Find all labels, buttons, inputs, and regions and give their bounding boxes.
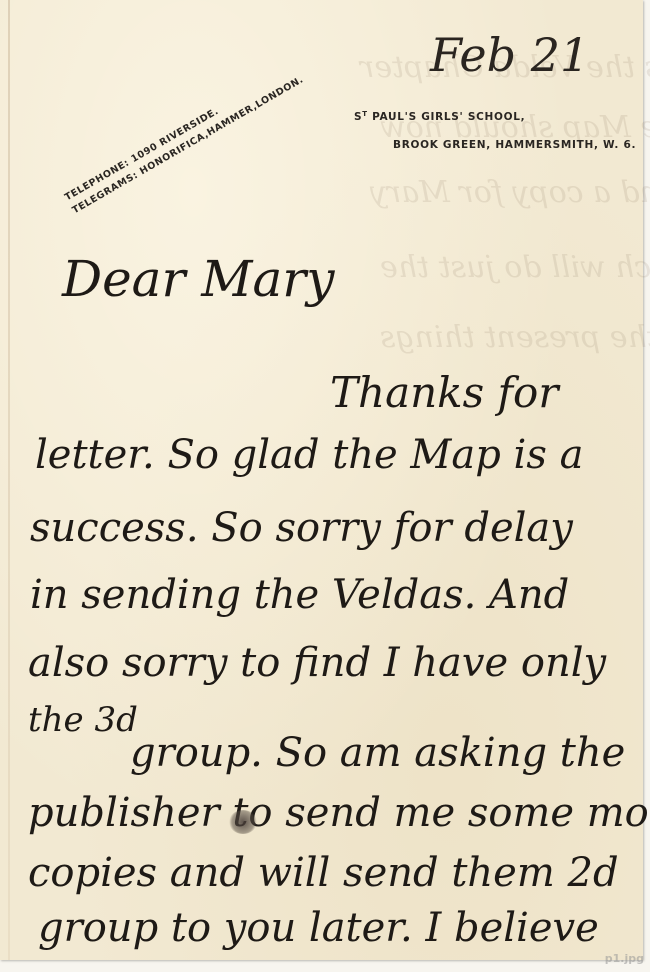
letter-page: comes the Velda Chapter the Map should n… xyxy=(0,0,643,960)
letterhead-address: BROOK GREEN, HAMMERSMITH, W. 6. xyxy=(393,139,636,151)
body-line: copies and will send them 2d xyxy=(28,850,619,896)
body-line: group. So am asking the xyxy=(130,730,625,776)
body-line: the 3d xyxy=(28,700,138,740)
body-line: success. So sorry for delay xyxy=(30,505,573,551)
salutation: Dear Mary xyxy=(62,250,334,308)
letterhead-telegrams: TELEGRAMS: HONORIFICA,HAMMER,LONDON. xyxy=(70,72,307,218)
letterhead-school-name: ST PAUL'S GIRLS' SCHOOL, xyxy=(354,110,525,123)
body-line: publisher to send me some more xyxy=(28,790,650,836)
body-line: letter. So glad the Map is a xyxy=(35,432,583,478)
bleed-through-text: for the present things xyxy=(380,320,650,355)
letterhead-contact-block: TELEPHONE: 1090 RIVERSIDE. TELEGRAMS: HO… xyxy=(62,59,307,218)
body-line: group to you later. I believe xyxy=(38,905,599,951)
bleed-through-text: which will do just the xyxy=(380,250,650,285)
letterhead-telephone: TELEPHONE: 1090 RIVERSIDE. xyxy=(62,59,299,205)
filename-watermark: p1.jpg xyxy=(605,952,644,965)
body-line: also sorry to find I have only xyxy=(28,640,606,686)
body-line: in sending the Veldas. And xyxy=(30,572,569,618)
bleed-through-text: only send a copy for Mary xyxy=(370,175,650,210)
handwritten-date: Feb 21 xyxy=(430,28,589,82)
paper-fold-line xyxy=(8,0,10,960)
body-line: Thanks for xyxy=(330,368,558,417)
ink-stain xyxy=(229,810,257,834)
